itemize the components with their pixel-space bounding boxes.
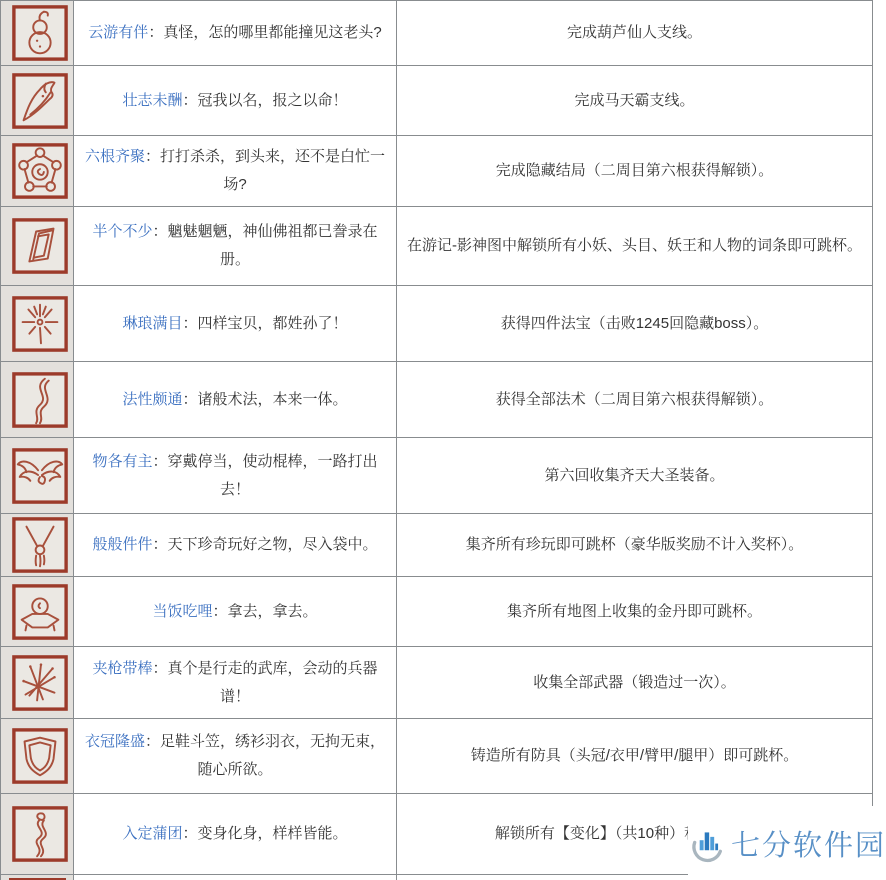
achievement-icon-cell (1, 438, 74, 514)
achievement-icon-cell (1, 136, 74, 207)
achievement-desc: 真个是行走的武库，会动的兵器谱！ (168, 660, 378, 705)
achievement-icon-cell (1, 875, 74, 880)
gourd-icon (11, 4, 69, 62)
treasure-starburst-icon (11, 295, 69, 353)
table-row: 夹枪带棒：真个是行走的武库，会动的兵器谱！ 收集全部武器（锻造过一次）。 (1, 647, 873, 719)
achievement-icon-cell (1, 514, 74, 577)
table-row: 壮志未酬：冠我以名，报之以命！ 完成马天霸支线。 (1, 66, 873, 136)
achievement-desc: 真怪，怎的哪里都能撞见这老头? (163, 24, 381, 41)
achievement-name[interactable]: 物各有主 (92, 453, 152, 470)
separator: ： (182, 92, 197, 109)
achievement-name[interactable]: 六根齐聚 (85, 148, 145, 165)
achievement-icon-cell (1, 719, 74, 794)
separator: ： (148, 24, 163, 41)
unlock-condition: 收集全部武器（锻造过一次）。 (397, 647, 873, 719)
separator: ： (152, 453, 167, 470)
table-row: 衣冠隆盛：足鞋斗笠，绣衫羽衣，无拘无束，随心所欲。 铸造所有防具（头冠/衣甲/臂… (1, 719, 873, 794)
table-row: 法性颇通：诸般术法，本来一体。 获得全部法术（二周目第六根获得解锁）。 (1, 362, 873, 438)
watermark: 七分软件园 (688, 806, 886, 880)
achievement-icon-cell (1, 577, 74, 647)
watermark-text: 七分软件园 (731, 823, 886, 864)
achievement-icon-cell (1, 286, 74, 362)
unlock-condition: 集齐所有地图上收集的金丹即可跳杯。 (397, 577, 873, 647)
separator: ： (145, 733, 160, 750)
unlock-condition: 第六回收集齐天大圣装备。 (397, 438, 873, 514)
achievement-icon-cell (1, 794, 74, 875)
achievement-name[interactable]: 云游有伴 (88, 24, 148, 41)
pendant-icon (11, 516, 69, 574)
watermark-logo-icon (688, 810, 727, 876)
table-row: 云游有伴：真怪，怎的哪里都能撞见这老头? 完成葫芦仙人支线。 (1, 1, 873, 66)
achievement-cell: 入定蒲团：变身化身，样样皆能。 (74, 794, 397, 875)
unlock-condition: 完成隐藏结局（二周目第六根获得解锁）。 (397, 136, 873, 207)
achievement-desc: 变身化身，样样皆能。 (198, 825, 348, 842)
achievement-name[interactable]: 琳琅满目 (122, 315, 182, 332)
achievement-desc: 冠我以名，报之以命！ (198, 92, 348, 109)
achievement-cell: 六根齐聚：打打杀杀，到头来，还不是白忙一场? (74, 136, 397, 207)
achievement-name[interactable]: 夹枪带棒 (92, 660, 152, 677)
table-row: 当饭吃哩：拿去，拿去。 集齐所有地图上收集的金丹即可跳杯。 (1, 577, 873, 647)
table-row: 般般件件：天下珍奇玩好之物，尽入袋中。 集齐所有珍玩即可跳杯（豪华版奖励不计入奖… (1, 514, 873, 577)
table-row: 六根齐聚：打打杀杀，到头来，还不是白忙一场? 完成隐藏结局（二周目第六根获得解锁… (1, 136, 873, 207)
achievement-desc: 穿戴停当，使动棍棒，一路打出去！ (168, 453, 378, 498)
achievement-icon-cell (1, 1, 74, 66)
achievement-cell: 云游有伴：真怪，怎的哪里都能撞见这老头? (74, 1, 397, 66)
unlock-condition: 获得四件法宝（击败1245回隐藏boss）。 (397, 286, 873, 362)
achievement-cell: 琳琅满目：四样宝贝，都姓孙了！ (74, 286, 397, 362)
achievement-name[interactable]: 半个不少 (92, 223, 152, 240)
incense-smoke-icon (11, 805, 69, 863)
separator: ： (145, 148, 160, 165)
achievement-icon-cell (1, 207, 74, 286)
table-row: 半个不少：魑魅魍魉，神仙佛祖都已誊录在册。 在游记-影神图中解锁所有小妖、头目、… (1, 207, 873, 286)
separator: ： (152, 660, 167, 677)
unlock-condition: 获得全部法术（二周目第六根获得解锁）。 (397, 362, 873, 438)
achievement-desc: 诸般术法，本来一体。 (198, 391, 348, 408)
achievement-name[interactable]: 当饭吃哩 (152, 603, 212, 620)
achievement-icon-cell (1, 66, 74, 136)
achievement-desc: 魑魅魍魉，神仙佛祖都已誊录在册。 (168, 223, 378, 268)
separator: ： (152, 536, 167, 553)
achievement-cell: 壮志未酬：冠我以名，报之以命！ (74, 66, 397, 136)
phoenix-wing-crown-icon (11, 447, 69, 505)
achievement-desc: 足鞋斗笠，绣衫羽衣，无拘无束，随心所欲。 (160, 733, 385, 778)
horse-head-icon (11, 72, 69, 130)
achievement-cell: 半个不少：魑魅魍魉，神仙佛祖都已誊录在册。 (74, 207, 397, 286)
shield-armor-icon (11, 727, 69, 785)
achievement-cell: 法性颇通：诸般术法，本来一体。 (74, 362, 397, 438)
achievement-name[interactable]: 壮志未酬 (122, 92, 182, 109)
unlock-condition: 在游记-影神图中解锁所有小妖、头目、妖王和人物的词条即可跳杯。 (397, 207, 873, 286)
achievement-cell: 衣冠隆盛：足鞋斗笠，绣衫羽衣，无拘无束，随心所欲。 (74, 719, 397, 794)
spell-swirl-icon (11, 371, 69, 429)
table-row: 物各有主：穿戴停当，使动棍棒，一路打出去！ 第六回收集齐天大圣装备。 (1, 438, 873, 514)
table-row: 琳琅满目：四样宝贝，都姓孙了！ 获得四件法宝（击败1245回隐藏boss）。 (1, 286, 873, 362)
achievement-name[interactable]: 衣冠隆盛 (85, 733, 145, 750)
achievement-name[interactable]: 入定蒲团 (122, 825, 182, 842)
elixir-plate-icon (11, 583, 69, 641)
achievement-name[interactable]: 般般件件 (92, 536, 152, 553)
unlock-condition: 铸造所有防具（头冠/衣甲/臂甲/腿甲）即可跳杯。 (397, 719, 873, 794)
separator: ： (152, 223, 167, 240)
achievements-table: 云游有伴：真怪，怎的哪里都能撞见这老头? 完成葫芦仙人支线。 壮志未酬：冠我以名… (0, 0, 873, 880)
unlock-condition: 集齐所有珍玩即可跳杯（豪华版奖励不计入奖杯）。 (397, 514, 873, 577)
achievement-icon-cell (1, 362, 74, 438)
separator: ： (182, 315, 197, 332)
achievement-icon-cell (1, 647, 74, 719)
journal-book-icon (11, 217, 69, 275)
achievement-name[interactable]: 法性颇通 (122, 391, 182, 408)
page: 云游有伴：真怪，怎的哪里都能撞见这老头? 完成葫芦仙人支线。 壮志未酬：冠我以名… (0, 0, 886, 880)
six-roots-icon (11, 142, 69, 200)
achievement-cell: 物各有主：穿戴停当，使动棍棒，一路打出去！ (74, 438, 397, 514)
weapon-needles-icon (11, 654, 69, 712)
achievement-desc: 天下珍奇玩好之物，尽入袋中。 (168, 536, 378, 553)
separator: ： (182, 391, 197, 408)
separator: ： (212, 603, 227, 620)
achievement-desc: 四样宝贝，都姓孙了！ (198, 315, 348, 332)
achievement-cell: 当饭吃哩：拿去，拿去。 (74, 577, 397, 647)
separator: ： (182, 825, 197, 842)
achievement-desc: 打打杀杀，到头来，还不是白忙一场? (160, 148, 385, 193)
achievement-cell: 般般件件：天下珍奇玩好之物，尽入袋中。 (74, 514, 397, 577)
achievement-desc: 拿去，拿去。 (228, 603, 318, 620)
unlock-condition: 完成葫芦仙人支线。 (397, 1, 873, 66)
unlock-condition: 完成马天霸支线。 (397, 66, 873, 136)
achievement-cell (74, 875, 397, 880)
achievement-cell: 夹枪带棒：真个是行走的武库，会动的兵器谱！ (74, 647, 397, 719)
